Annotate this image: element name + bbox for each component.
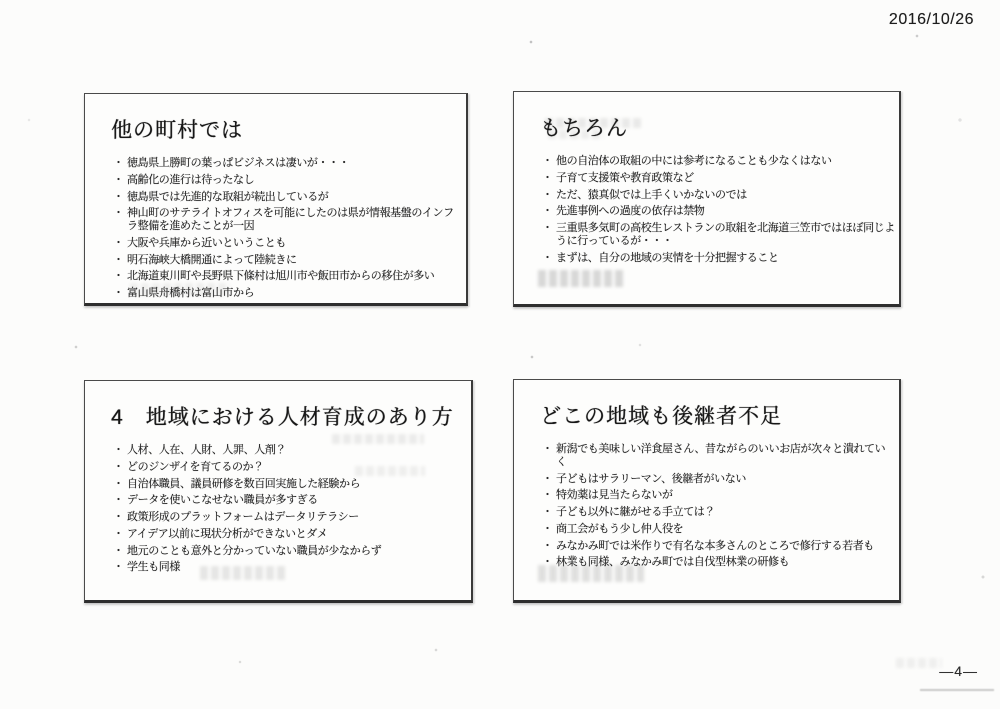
bullet-item: 特効薬は見当たらないが — [542, 489, 895, 502]
bullet-item: アイデア以前に現状分析ができないとダメ — [113, 528, 467, 541]
bullet-item: 自治体職員、議員研修を数百回実施した経験から — [113, 478, 467, 491]
bullet-item: どのジンザイを育てるのか？ — [113, 461, 467, 474]
bullet-item: 子育て支援策や教育政策など — [542, 172, 895, 185]
bullet-list: 新潟でも美味しい洋食屋さん、昔ながらのいいお店が次々と潰れていく子どもはサラリー… — [514, 443, 899, 569]
bullet-item: 林業も同様、みなかみ町では自伐型林業の研修も — [542, 556, 895, 569]
bullet-item: データを使いこなせない職員が多すぎる — [113, 494, 467, 507]
bullet-item: 地元のことも意外と分かっていない職員が少なからず — [113, 545, 467, 558]
slide-title: 他の町村では — [85, 94, 466, 144]
bullet-item: 神山町のサテライトオフィスを可能にしたのは県が情報基盤のインフラ整備を進めたこと… — [113, 207, 462, 233]
bullet-item: ただ、猿真似では上手くいかないのでは — [542, 189, 895, 202]
date-label: 2016/10/26 — [889, 11, 974, 29]
bullet-item: まずは、自分の地域の実情を十分把握すること — [542, 252, 895, 265]
bullet-item: 徳島県上勝町の葉っぱビジネスは凄いが・・・ — [113, 157, 462, 170]
slide-other-municipalities: 他の町村では 徳島県上勝町の葉っぱビジネスは凄いが・・・高齢化の進行は待ったなし… — [84, 93, 468, 306]
bleedthrough-mark — [896, 658, 942, 668]
bullet-item: 三重県多気町の高校生レストランの取組を北海道三笠市ではほぼ同じように行っているが… — [542, 222, 895, 248]
bullet-item: 徳島県では先進的な取組が続出しているが — [113, 191, 462, 204]
bullet-item: 人材、人在、人財、人罪、人剤？ — [113, 444, 467, 457]
scanned-handout-page: 2016/10/26 他の町村では 徳島県上勝町の葉っぱビジネスは凄いが・・・高… — [0, 0, 1000, 709]
bullet-item: 子どもはサラリーマン、後継者がいない — [542, 473, 895, 486]
bullet-item: 子ども以外に継がせる手立ては？ — [542, 506, 895, 519]
bullet-item: 高齢化の進行は待ったなし — [113, 174, 462, 187]
bullet-item: みなかみ町では米作りで有名な本多さんのところで修行する若者も — [542, 540, 895, 553]
page-number-label: —4— — [939, 663, 978, 679]
bullet-item: 北海道東川町や長野県下條村は旭川市や飯田市からの移住が多い — [113, 270, 462, 283]
slide-title: どこの地域も後継者不足 — [514, 380, 899, 430]
bullet-list: 他の自治体の取組の中には参考になることも少なくはない子育て支援策や教育政策などた… — [514, 155, 899, 264]
bullet-item: 新潟でも美味しい洋食屋さん、昔ながらのいいお店が次々と潰れていく — [542, 443, 895, 469]
bullet-item: 先進事例への過度の依存は禁物 — [542, 205, 895, 218]
bullet-item: 他の自治体の取組の中には参考になることも少なくはない — [542, 155, 895, 168]
bullet-list: 徳島県上勝町の葉っぱビジネスは凄いが・・・高齢化の進行は待ったなし徳島県では先進… — [85, 157, 466, 300]
bullet-list: 人材、人在、人財、人罪、人剤？どのジンザイを育てるのか？自治体職員、議員研修を数… — [85, 444, 471, 574]
bullet-item: 明石海峡大橋開通によって陸続きに — [113, 254, 462, 267]
slide-title: もちろん — [514, 92, 899, 142]
bullet-item: 政策形成のプラットフォームはデータリテラシー — [113, 511, 467, 524]
slide-successor-shortage: どこの地域も後継者不足 新潟でも美味しい洋食屋さん、昔ながらのいいお店が次々と潰… — [513, 379, 901, 603]
slide-of-course: もちろん 他の自治体の取組の中には参考になることも少なくはない子育て支援策や教育… — [513, 91, 901, 307]
slide-title: 4 地域における人材育成のあり方 — [85, 381, 471, 431]
page-number-underline — [920, 689, 994, 691]
bullet-item: 富山県舟橋村は富山市から — [113, 287, 462, 300]
bullet-item: 大阪や兵庫から近いということも — [113, 237, 462, 250]
slide-hr-development: 4 地域における人材育成のあり方 人材、人在、人財、人罪、人剤？どのジンザイを育… — [84, 380, 473, 603]
bullet-item: 学生も同様 — [113, 561, 467, 574]
bullet-item: 商工会がもう少し仲人役を — [542, 523, 895, 536]
